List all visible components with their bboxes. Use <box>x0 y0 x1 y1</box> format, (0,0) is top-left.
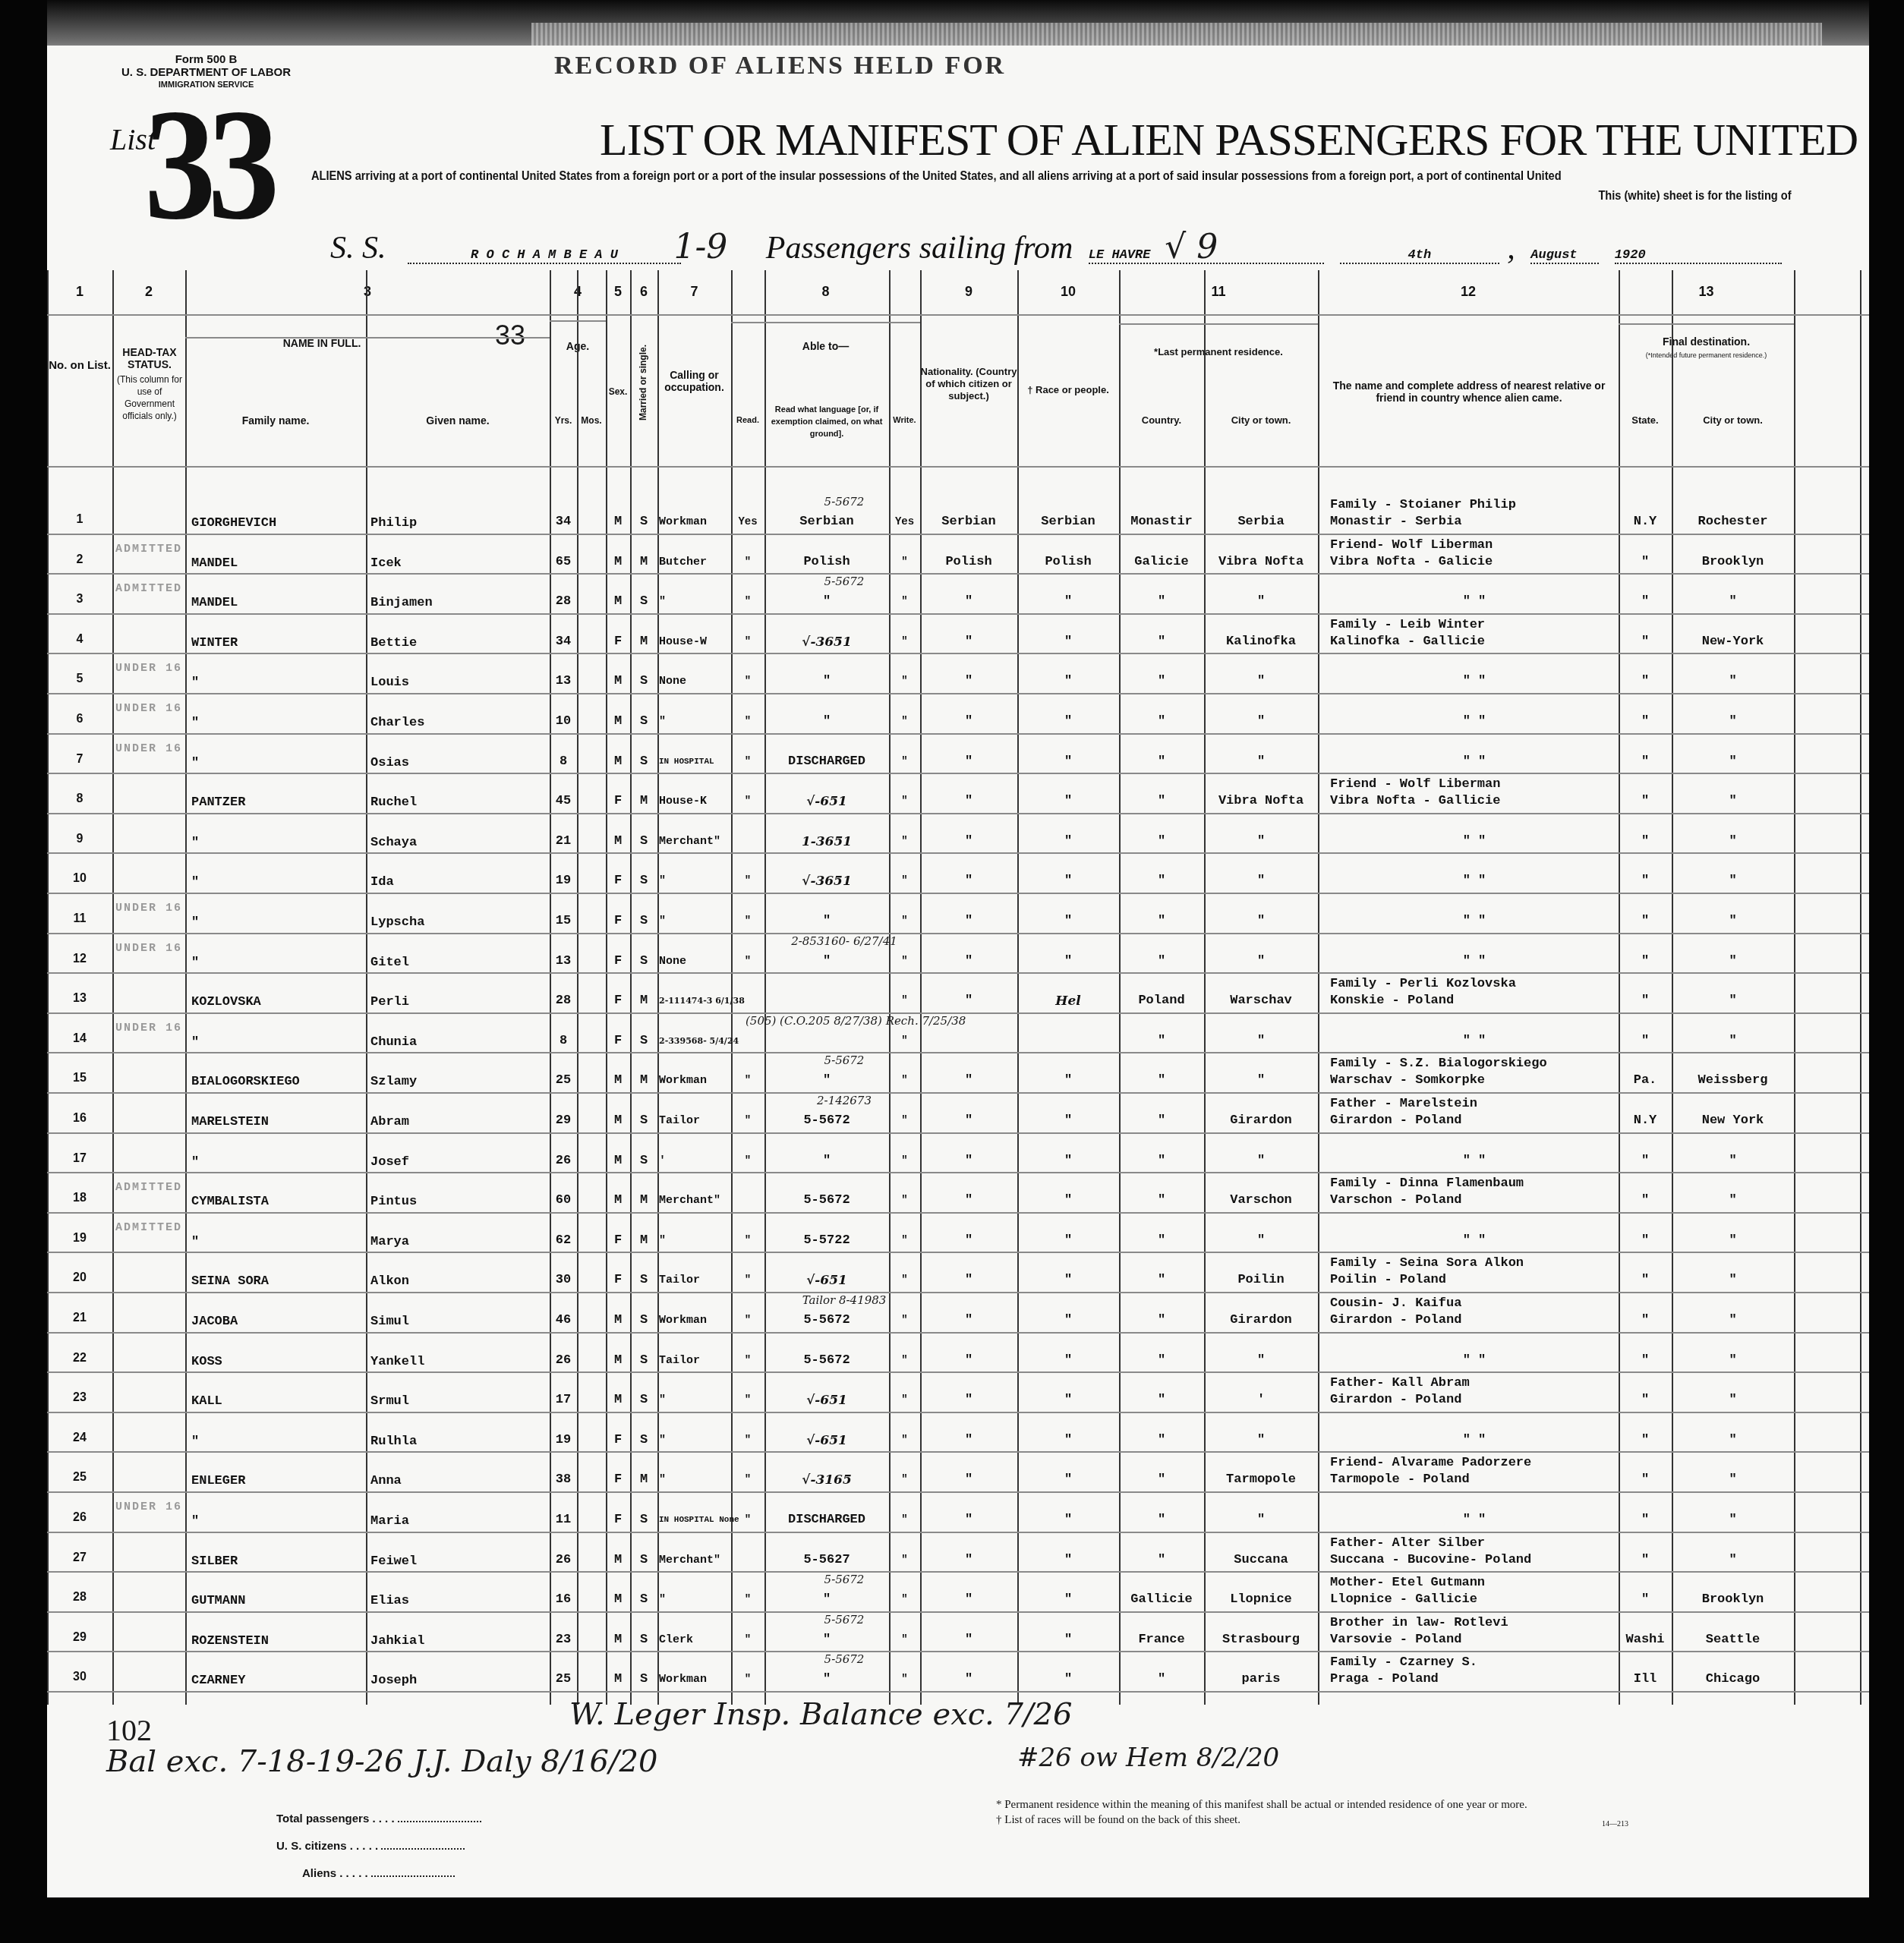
relative-address: Monastir - Serbia <box>1330 515 1619 530</box>
table-row: 5UNDER 16"Louis13MSNone"""""""" """ <box>47 656 1869 696</box>
given-name: Chunia <box>370 1035 545 1050</box>
given-name: Abram <box>370 1115 545 1130</box>
given-name: Elias <box>370 1594 545 1609</box>
given-name: Joseph <box>370 1674 545 1689</box>
head-tax-stamp: UNDER 16 <box>115 1022 188 1034</box>
relative-address: " " <box>1330 1513 1619 1528</box>
family-name: SILBER <box>191 1554 366 1570</box>
sex: F <box>606 874 630 889</box>
residence-country: " <box>1119 754 1204 770</box>
occupation: " <box>659 914 732 929</box>
can-read: " <box>731 1353 764 1368</box>
race: " <box>1017 834 1119 849</box>
row-number: 22 <box>68 1352 91 1365</box>
age-years: 45 <box>550 794 577 809</box>
sailing-day: 4th <box>1340 248 1499 264</box>
sex: M <box>606 1154 630 1169</box>
residence-city: Poilin <box>1204 1273 1318 1288</box>
can-read: " <box>731 594 764 609</box>
residence-country: " <box>1119 1672 1204 1687</box>
read-language: " <box>764 1592 889 1608</box>
given-name: Simul <box>370 1315 545 1330</box>
given-name: Icek <box>370 556 545 572</box>
family-name: GUTMANN <box>191 1594 366 1609</box>
row-number: 30 <box>68 1671 91 1684</box>
residence-country: " <box>1119 794 1204 809</box>
can-write: " <box>889 1313 920 1328</box>
marital-status: S <box>630 1353 657 1368</box>
age-years: 10 <box>550 714 577 729</box>
table-row: 6UNDER 16"Charles10MS""""""""" """ <box>47 696 1869 736</box>
relative-name: Family - Stoianer Philip <box>1330 498 1619 513</box>
can-read: " <box>731 954 764 969</box>
relative-address: Girardon - Poland <box>1330 1313 1619 1328</box>
header-given-name: Given name. <box>366 414 550 427</box>
header-rule <box>550 320 606 322</box>
occupation: Merchant" <box>659 834 732 849</box>
residence-city: " <box>1204 1233 1318 1249</box>
handwritten-reference: 5-5672 <box>746 495 943 509</box>
occupation: " <box>659 874 732 889</box>
table-row: 19ADMITTED"Marya62FM""5-5722"""""" """ <box>47 1215 1869 1255</box>
sex: M <box>606 834 630 849</box>
read-language: " <box>764 674 889 689</box>
race: Polish <box>1017 555 1119 570</box>
total-passengers-label: Total passengers . . . . <box>276 1812 481 1825</box>
can-write: " <box>889 1193 920 1208</box>
occupation: House-K <box>659 794 732 809</box>
marital-status: S <box>630 1553 657 1568</box>
ss-label: S. S. <box>330 231 386 266</box>
residence-city: Tarmopole <box>1204 1472 1318 1488</box>
marital-status: S <box>630 754 657 770</box>
can-write: " <box>889 594 920 609</box>
destination-city: " <box>1672 1553 1794 1568</box>
header-rule <box>47 314 1869 316</box>
race: " <box>1017 1592 1119 1608</box>
table-row: 26UNDER 16"Maria11FSIN HOSPITAL None"DIS… <box>47 1494 1869 1535</box>
relative-address: " " <box>1330 1034 1619 1049</box>
sex: F <box>606 954 630 969</box>
sex: F <box>606 794 630 809</box>
residence-country: " <box>1119 1193 1204 1208</box>
sex: M <box>606 1553 630 1568</box>
destination-state: " <box>1619 1034 1672 1049</box>
destination-city: " <box>1672 1393 1794 1408</box>
table-row: 21JACOBASimul46MSWorkman"5-5672Tailor 8-… <box>47 1295 1869 1335</box>
read-language: 5-5672 <box>764 1353 889 1368</box>
col-number-8: 8 <box>731 284 920 300</box>
row-number: 2 <box>68 553 91 567</box>
marital-status: S <box>630 714 657 729</box>
residence-country: Galicie <box>1119 555 1204 570</box>
age-years: 28 <box>550 594 577 609</box>
table-row: 15BIALOGORSKIEGOSzlamy25MMWorkman""5-567… <box>47 1055 1869 1095</box>
can-read: " <box>731 1393 764 1408</box>
given-name: Ida <box>370 875 545 890</box>
occupation: " <box>659 714 732 729</box>
age-years: 13 <box>550 954 577 969</box>
can-write: " <box>889 1113 920 1129</box>
residence-country: " <box>1119 594 1204 609</box>
family-name: " <box>191 675 366 691</box>
destination-city: Rochester <box>1672 515 1794 530</box>
row-number: 8 <box>68 792 91 806</box>
residence-country: Poland <box>1119 994 1204 1009</box>
inspector-signature: W. Leger Insp. Balance exc. 7/26 <box>569 1697 1072 1732</box>
aliens-label: Aliens . . . . . <box>302 1867 455 1880</box>
family-name: KOSS <box>191 1355 366 1370</box>
relative-address: Warschav - Somkorpke <box>1330 1073 1619 1088</box>
residence-city: " <box>1204 1353 1318 1368</box>
row-number: 1 <box>68 513 91 527</box>
occupation: " <box>659 1592 732 1608</box>
family-name: PANTZER <box>191 795 366 811</box>
given-name: Maria <box>370 1514 545 1529</box>
destination-state: " <box>1619 1233 1672 1249</box>
residence-city: Vibra Nofta <box>1204 555 1318 570</box>
marital-status: S <box>630 1393 657 1408</box>
given-name: Pintus <box>370 1195 545 1210</box>
header-married-single: Married or single. <box>637 318 649 447</box>
relative-name: Friend - Wolf Liberman <box>1330 777 1619 792</box>
age-years: 34 <box>550 515 577 530</box>
sex: M <box>606 1113 630 1129</box>
occupation: Merchant" <box>659 1193 732 1208</box>
nationality: " <box>920 1393 1017 1408</box>
sex: F <box>606 1472 630 1488</box>
destination-state: Ill <box>1619 1672 1672 1687</box>
family-name: BIALOGORSKIEGO <box>191 1075 366 1090</box>
marital-status: M <box>630 794 657 809</box>
marital-status: S <box>630 1592 657 1608</box>
race: " <box>1017 1313 1119 1328</box>
relative-address: Varsovie - Poland <box>1330 1633 1619 1648</box>
table-row: 16MARELSTEINAbram29MSTailor"5-56722-1426… <box>47 1095 1869 1135</box>
destination-city: " <box>1672 874 1794 889</box>
row-number: 27 <box>68 1551 91 1565</box>
age-years: 8 <box>550 754 577 770</box>
given-name: Ruchel <box>370 795 545 811</box>
can-read: " <box>731 1154 764 1169</box>
can-read: " <box>731 754 764 770</box>
can-read: " <box>731 714 764 729</box>
header-write: Write. <box>889 414 920 427</box>
residence-city: " <box>1204 1433 1318 1448</box>
marital-status: S <box>630 1313 657 1328</box>
handwritten-reference: 5-5672 <box>746 1613 943 1627</box>
marital-status: S <box>630 1633 657 1648</box>
us-citizens-label: U. S. citizens . . . . . <box>276 1840 465 1853</box>
nationality: " <box>920 1433 1017 1448</box>
race: " <box>1017 874 1119 889</box>
table-row: 2ADMITTEDMANDELIcek65MMButcher"Polish"Po… <box>47 537 1869 577</box>
marital-status: M <box>630 994 657 1009</box>
family-name: CYMBALISTA <box>191 1195 366 1210</box>
relative-address: " " <box>1330 594 1619 609</box>
nationality: " <box>920 1313 1017 1328</box>
family-name: WINTER <box>191 636 366 651</box>
destination-state: " <box>1619 1393 1672 1408</box>
read-language: 5-5627 <box>764 1553 889 1568</box>
relative-address: Varschon - Poland <box>1330 1193 1619 1208</box>
table-row: 25ENLEGERAnna38FM""√-3165""""TarmopoleFr… <box>47 1454 1869 1494</box>
row-number: 23 <box>68 1391 91 1405</box>
header-residence-country: Country. <box>1119 414 1204 427</box>
residence-country: " <box>1119 1313 1204 1328</box>
given-name: Alkon <box>370 1274 545 1290</box>
occupation: Clerk <box>659 1633 732 1648</box>
sex: F <box>606 1273 630 1288</box>
row-number: 9 <box>68 833 91 846</box>
marital-status: S <box>630 874 657 889</box>
row-number: 26 <box>68 1511 91 1525</box>
residence-city: " <box>1204 594 1318 609</box>
residence-country: " <box>1119 1472 1204 1488</box>
can-read: " <box>731 1113 764 1129</box>
read-language: Polish <box>764 555 889 570</box>
age-years: 46 <box>550 1313 577 1328</box>
destination-state: " <box>1619 1193 1672 1208</box>
age-years: 13 <box>550 674 577 689</box>
given-name: Feiwel <box>370 1554 545 1570</box>
header-final-destination-note: (*Intended future permanent residence.) <box>1619 349 1794 361</box>
header-relative: The name and complete address of nearest… <box>1330 379 1608 404</box>
age-years: 25 <box>550 1073 577 1088</box>
destination-state: " <box>1619 1154 1672 1169</box>
family-name: JACOBA <box>191 1315 366 1330</box>
relative-name: Friend- Wolf Liberman <box>1330 538 1619 553</box>
sex: M <box>606 594 630 609</box>
col-number-12: 12 <box>1318 284 1619 300</box>
header-read: Read. <box>731 414 764 427</box>
occupation: Tailor <box>659 1273 732 1288</box>
relative-address: Tarmopole - Poland <box>1330 1472 1619 1488</box>
header-read-language: Read what language [or, if exemption cla… <box>764 404 889 440</box>
sex: M <box>606 1353 630 1368</box>
relative-name: Friend- Alvarame Padorzere <box>1330 1456 1619 1471</box>
relative-address: Vibra Nofta - Gallicie <box>1330 794 1619 809</box>
handwritten-reference: (505) (C.O.205 8/27/38) Rech. 7/25/38 <box>746 1014 943 1028</box>
sex: F <box>606 1433 630 1448</box>
age-years: 16 <box>550 1592 577 1608</box>
nationality: " <box>920 1193 1017 1208</box>
family-name: " <box>191 756 366 771</box>
nationality: " <box>920 635 1017 650</box>
can-write: " <box>889 1553 920 1568</box>
marital-status: M <box>630 1073 657 1088</box>
header-last-residence: *Last permanent residence. <box>1119 346 1318 358</box>
family-name: " <box>191 875 366 890</box>
residence-city: Warschav <box>1204 994 1318 1009</box>
handwritten-reference: 2-853160- 6/27/41 <box>746 934 943 948</box>
sex: M <box>606 714 630 729</box>
occupation: Workman <box>659 1073 732 1088</box>
table-row: 23KALLSrmul17MS""√-651""""'Father- Kall … <box>47 1375 1869 1415</box>
nationality: " <box>920 1353 1017 1368</box>
marital-status: S <box>630 1113 657 1129</box>
can-read: " <box>731 635 764 650</box>
nationality: " <box>920 1472 1017 1488</box>
row-number: 14 <box>68 1032 91 1046</box>
can-write: " <box>889 1433 920 1448</box>
marital-status: S <box>630 1672 657 1687</box>
family-name: SEINA SORA <box>191 1274 366 1290</box>
relative-name: Family - S.Z. Bialogorskiego <box>1330 1057 1619 1072</box>
read-language: " <box>764 1154 889 1169</box>
given-name: Lypscha <box>370 915 545 931</box>
residence-city: " <box>1204 1513 1318 1528</box>
subtitle: ALIENS arriving at a port of continental… <box>311 168 1562 184</box>
row-number: 7 <box>68 753 91 767</box>
residence-country: " <box>1119 1393 1204 1408</box>
sex: M <box>606 1073 630 1088</box>
relative-address: Konskie - Poland <box>1330 994 1619 1009</box>
read-language: " <box>764 914 889 929</box>
age-years: 26 <box>550 1154 577 1169</box>
occupation: None <box>659 674 732 689</box>
can-read: " <box>731 1273 764 1288</box>
race: " <box>1017 914 1119 929</box>
sailing-month: August <box>1530 248 1599 264</box>
read-language: √-3651 <box>764 635 889 650</box>
can-read: " <box>731 874 764 889</box>
marital-status: S <box>630 1154 657 1169</box>
can-write: " <box>889 794 920 809</box>
footnote-races: † List of races will be found on the bac… <box>996 1814 1240 1827</box>
residence-country: Monastir <box>1119 515 1204 530</box>
table-row: 9"Schaya21MSMerchant"1-3651"""""" """ <box>47 816 1869 856</box>
destination-city: Weissberg <box>1672 1073 1794 1088</box>
race: " <box>1017 754 1119 770</box>
race: " <box>1017 1672 1119 1687</box>
destination-state: " <box>1619 1313 1672 1328</box>
race: " <box>1017 594 1119 609</box>
head-tax-stamp: UNDER 16 <box>115 902 188 915</box>
occupation: " <box>659 1233 732 1249</box>
row-number: 6 <box>68 713 91 726</box>
residence-city: " <box>1204 1154 1318 1169</box>
relative-name: Family - Perli Kozlovska <box>1330 977 1619 992</box>
relative-name: Family - Leib Winter <box>1330 618 1619 633</box>
given-name: Philip <box>370 516 545 531</box>
header-dest-state: State. <box>1619 414 1672 427</box>
family-name: " <box>191 716 366 731</box>
relative-name: Father- Kall Abram <box>1330 1376 1619 1391</box>
nationality: " <box>920 1273 1017 1288</box>
nationality: " <box>920 1154 1017 1169</box>
destination-state: Pa. <box>1619 1073 1672 1088</box>
residence-country: " <box>1119 1233 1204 1249</box>
row-number: 10 <box>68 872 91 886</box>
table-row: 27SILBERFeiwel26MSMerchant"5-5627""""Suc… <box>47 1535 1869 1575</box>
read-language: 5-5672 <box>764 1193 889 1208</box>
head-tax-stamp: ADMITTED <box>115 1221 188 1234</box>
row-number: 13 <box>68 992 91 1006</box>
nationality: " <box>920 1233 1017 1249</box>
table-row: 1GIORGHEVICHPhilip34MSWorkmanYesSerbian5… <box>47 496 1869 537</box>
header-sex: Sex. <box>606 386 630 398</box>
read-language: " <box>764 594 889 609</box>
age-years: 30 <box>550 1273 577 1288</box>
race: " <box>1017 1273 1119 1288</box>
residence-country: " <box>1119 1353 1204 1368</box>
residence-city: " <box>1204 954 1318 969</box>
col-number-7: 7 <box>657 284 731 300</box>
occupation: 2-111474-3 6/1/38 <box>659 994 732 1009</box>
col-number-1: 1 <box>47 284 112 300</box>
age-years: 65 <box>550 555 577 570</box>
handwritten-reference: 5-5672 <box>746 1053 943 1067</box>
read-language: " <box>764 1633 889 1648</box>
can-write: " <box>889 1472 920 1488</box>
header-residence-city: City or town. <box>1204 414 1318 427</box>
residence-city: Girardon <box>1204 1113 1318 1129</box>
table-row: 22KOSSYankell26MSTailor"5-5672"""""" """ <box>47 1335 1869 1375</box>
given-name: Yankell <box>370 1355 545 1370</box>
can-write: " <box>889 674 920 689</box>
destination-state: " <box>1619 914 1672 929</box>
race: " <box>1017 1233 1119 1249</box>
residence-city: ' <box>1204 1393 1318 1408</box>
age-years: 11 <box>550 1513 577 1528</box>
table-row: 11UNDER 16"Lypscha15FS""""""""" """ <box>47 896 1869 936</box>
occupation: 2-339568- 5/4/24 <box>659 1034 732 1049</box>
destination-state: " <box>1619 1472 1672 1488</box>
form-code: 14—213 <box>1602 1820 1628 1828</box>
nationality: " <box>920 1513 1017 1528</box>
can-read: " <box>731 1233 764 1249</box>
residence-country: " <box>1119 1513 1204 1528</box>
residence-country: " <box>1119 914 1204 929</box>
sex: M <box>606 1393 630 1408</box>
race: " <box>1017 635 1119 650</box>
can-read: " <box>731 1513 764 1528</box>
occupation: Merchant" <box>659 1553 732 1568</box>
age-years: 19 <box>550 874 577 889</box>
destination-state: N.Y <box>1619 1113 1672 1129</box>
nationality: " <box>920 1592 1017 1608</box>
family-name: ENLEGER <box>191 1474 366 1489</box>
marital-status: S <box>630 954 657 969</box>
sex: F <box>606 635 630 650</box>
destination-city: " <box>1672 794 1794 809</box>
occupation: " <box>659 594 732 609</box>
read-language: " <box>764 1073 889 1088</box>
relative-name: Family - Seina Sora Alkon <box>1330 1256 1619 1271</box>
nationality: " <box>920 1672 1017 1687</box>
destination-state: " <box>1619 834 1672 849</box>
table-row: 17"Josef26MS'"""""""" """ <box>47 1135 1869 1176</box>
destination-state: " <box>1619 635 1672 650</box>
destination-state: " <box>1619 1353 1672 1368</box>
destination-city: New-York <box>1672 635 1794 650</box>
given-name: Charles <box>370 716 545 731</box>
race: " <box>1017 1433 1119 1448</box>
age-years: 23 <box>550 1633 577 1648</box>
can-write: " <box>889 994 920 1009</box>
sex: M <box>606 515 630 530</box>
row-number: 16 <box>68 1112 91 1126</box>
ship-annotation: 1-9 <box>674 228 728 266</box>
page-title: LIST OR MANIFEST OF ALIEN PASSENGERS FOR… <box>600 114 1858 166</box>
nationality: " <box>920 714 1017 729</box>
header-dest-city: City or town. <box>1672 414 1794 427</box>
residence-country: " <box>1119 714 1204 729</box>
read-language: √-651 <box>764 1273 889 1288</box>
can-read: Yes <box>731 515 764 530</box>
marital-status: S <box>630 914 657 929</box>
